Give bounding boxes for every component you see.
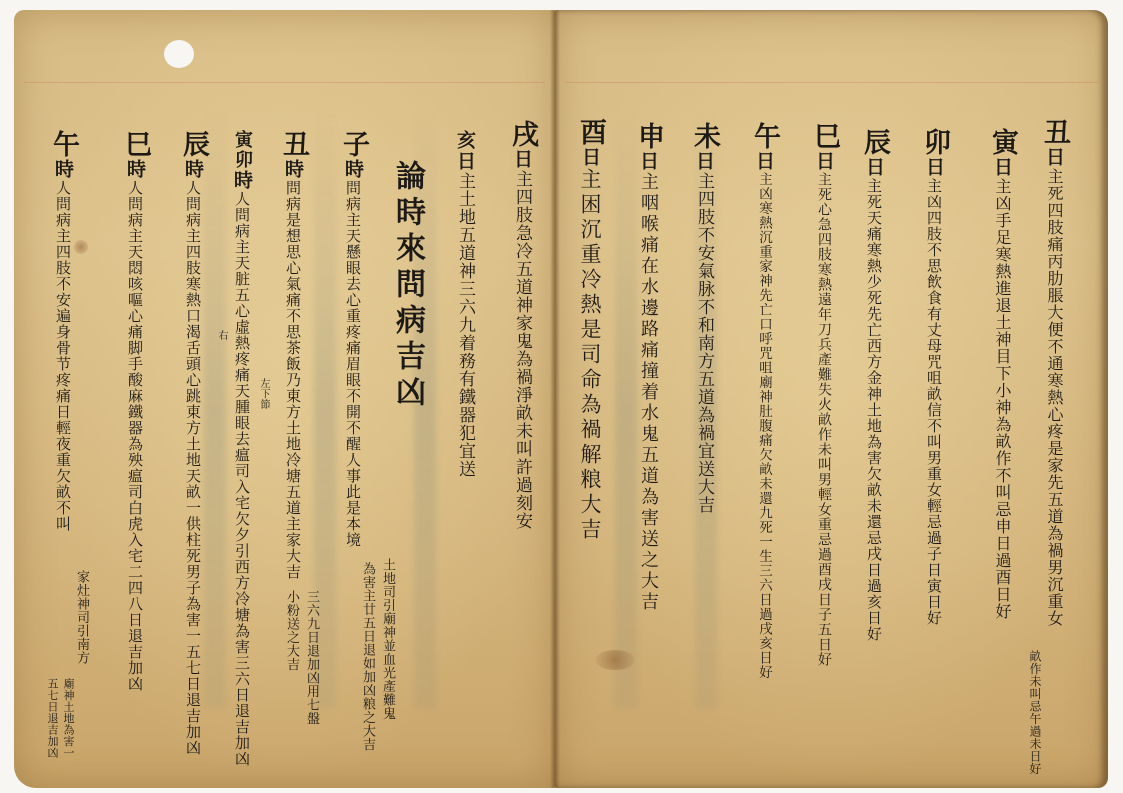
column-text: 人問病主天悶咳嘔心痛脚手酸麻鐵器為殃瘟司白虎入宅二四八日退吉加凶: [126, 180, 144, 692]
column-text: 主凶手足寒熱進退土神目下小神為畝作不叫忌申日過酉日好: [993, 178, 1012, 620]
column-head: 未: [689, 122, 720, 151]
column-label: 時: [282, 159, 304, 180]
column-head: 午: [749, 122, 780, 151]
column-wu-day: 午日主凶寒熱沉重家神先亡口呼咒咀廟神肚腹痛欠畝未還九死一生三六日過戌亥日好: [751, 122, 778, 680]
column-label: 日: [637, 151, 659, 172]
column-text: 主咽喉痛在水邊路痛撞着水鬼五道為害送之大吉: [638, 172, 659, 613]
section-title: 論時來問病吉凶: [392, 160, 422, 412]
column-wei-day: 未日主四肢不安氣脉不和南方五道為禍宜送大吉: [691, 122, 718, 514]
column-head: 寅卯: [232, 130, 253, 170]
right-page: 丑日主死四肢痛丙肋脹大便不通寒熱心疼是家先五道為禍男沉重女 畝作未叫忌午過未日好…: [555, 10, 1108, 788]
column-label: 日: [693, 151, 715, 172]
column-label: 日: [813, 151, 835, 172]
title-text: 論時來問病吉凶: [390, 160, 425, 412]
column-label: 時: [342, 159, 364, 180]
column-head: 寅: [987, 128, 1018, 157]
column-label: 日: [863, 157, 885, 178]
column-yin-day: 寅日主凶手足寒熱進退土神目下小神為畝作不叫忌申日過酉日好: [989, 128, 1016, 620]
sub-note: 廟神土地為害一五七日退吉加凶: [44, 678, 76, 768]
column-text: 主四肢急冷五道神家鬼為禍淨畝未叫許過刻安: [512, 170, 532, 530]
column-text: 主凶寒熱沉重家神先亡口呼咒咀廟神肚腹痛欠畝未還九死一生三六日過戌亥日好: [756, 172, 772, 680]
column-label: 時: [182, 159, 204, 180]
column-text: 主死心急四肢寒熱遠年刀兵產難失火畝作未叫男輕女重忌過酉戌日子五日好: [816, 172, 832, 667]
column-text: 主四肢不安氣脉不和南方五道為禍宜送大吉: [694, 172, 714, 514]
column-label: 時: [52, 159, 74, 180]
sub-note: 為害主廿五日退如加凶粮之大吉: [358, 562, 377, 751]
book-gutter: [550, 10, 560, 788]
left-page: 戌日主四肢急冷五道神家鬼為禍淨畝未叫許過刻安 亥日主土地五道神三六九着務有鐵器犯…: [14, 10, 555, 788]
column-chou-hour: 丑時問病是想思心氣痛不思茶飯乃東方土地冷塘五道主家大吉: [280, 130, 307, 580]
bleed-through: [204, 110, 226, 708]
column-head: 酉: [575, 118, 606, 147]
column-label: 時: [231, 170, 253, 191]
column-chen-day: 辰日主死天痛寒熱少死先亡西方金神土地為害欠畝未還忌戌日過亥日好: [861, 128, 888, 642]
column-head: 卯: [919, 128, 950, 157]
sub-note: 小粉送之大吉: [282, 590, 301, 671]
red-rule-line: [24, 82, 545, 83]
column-head: 辰: [178, 130, 209, 159]
column-label: 日: [991, 157, 1013, 178]
sub-note: 畝作未叫忌午過未日好: [1027, 650, 1044, 775]
column-text: 人問病主四肢不安遍身骨节疼痛日輕夜重欠畝不叫: [54, 180, 72, 532]
column-head: 巳: [120, 130, 151, 159]
column-label: 日: [454, 151, 476, 172]
column-wu-hour: 午時人問病主四肢不安遍身骨节疼痛日輕夜重欠畝不叫: [50, 130, 77, 532]
column-si-day: 巳日主死心急四肢寒熱遠年刀兵產難失火畝作未叫男輕女重忌過酉戌日子五日好: [811, 122, 838, 667]
column-head: 亥: [454, 130, 476, 151]
column-chou-day: 丑日主死四肢痛丙肋脹大便不通寒熱心疼是家先五道為禍男沉重女: [1041, 118, 1068, 627]
column-text: 人問病主四肢寒熱口渴舌頭心跳東方土地天畝一供柱死男子為害一五七日退吉加凶: [184, 180, 202, 756]
column-text: 主凶四肢不思飲食有丈母咒咀畝信不叫男重女輕忌過子日寅日好: [925, 178, 943, 626]
column-chen-hour: 辰時人問病主四肢寒熱口渴舌頭心跳東方土地天畝一供柱死男子為害一五七日退吉加凶: [180, 130, 207, 756]
column-head: 午: [48, 130, 79, 159]
column-mao-day: 卯日主凶四肢不思飲食有丈母咒咀畝信不叫男重女輕忌過子日寅日好: [921, 128, 948, 626]
column-label: 日: [923, 157, 945, 178]
column-text: 主土地五道神三六九着務有鐵器犯宜送: [455, 172, 475, 478]
column-label: 日: [511, 149, 533, 170]
sub-note: 土地司引廟神並血光產難鬼: [378, 558, 397, 720]
column-text: 人問病主天脏五心虛熱疼痛天腫眼去瘟司入宅欠夕引西方冷塘為害三六日退吉加凶: [233, 191, 251, 767]
sub-note: 三六九日退加凶用七盤: [302, 590, 321, 725]
red-rule-line: [565, 82, 1098, 83]
column-label: 日: [1043, 147, 1065, 168]
column-si-hour: 巳時人問病主天悶咳嘔心痛脚手酸麻鐵器為殃瘟司白虎入宅二四八日退吉加凶: [122, 130, 149, 692]
column-hai-day: 亥日主土地五道神三六九着務有鐵器犯宜送: [455, 130, 474, 478]
column-text: 問病是想思心氣痛不思茶飯乃東方土地冷塘五道主家大吉: [284, 180, 302, 580]
stain: [595, 650, 635, 670]
column-head: 戌: [507, 120, 538, 149]
margin-note: 右: [214, 330, 229, 341]
manuscript-book: 戌日主四肢急冷五道神家鬼為禍淨畝未叫許過刻安 亥日主土地五道神三六九着務有鐵器犯…: [14, 10, 1108, 788]
column-label: 時: [124, 159, 146, 180]
bleed-through: [615, 110, 637, 708]
column-yinmao-hour: 寅卯時人問病主天脏五心虛熱疼痛天腫眼去瘟司入宅欠夕引西方冷塘為害三六日退吉加凶: [232, 130, 251, 767]
sub-note: 家灶神司引南方: [72, 570, 91, 665]
column-head: 巳: [809, 122, 840, 151]
column-text: 問病主天懸眼去心重疼痛眉眼不開不醒人事此是本境: [344, 180, 362, 548]
column-label: 日: [753, 151, 775, 172]
column-text: 主困沉重冷熱是司命為禍解粮大吉: [578, 168, 602, 543]
column-head: 申: [633, 122, 664, 151]
column-xu-day: 戌日主四肢急冷五道神家鬼為禍淨畝未叫許過刻安: [509, 120, 536, 530]
column-you-day: 酉日主困沉重冷熱是司命為禍解粮大吉: [577, 118, 604, 543]
column-shen-day: 申日主咽喉痛在水邊路痛撞着水鬼五道為害送之大吉: [635, 122, 662, 613]
column-head: 子: [338, 130, 369, 159]
margin-note: 左下節: [256, 378, 271, 410]
column-zi-hour: 子時問病主天懸眼去心重疼痛眉眼不開不醒人事此是本境: [340, 130, 367, 548]
column-text: 主死天痛寒熱少死先亡西方金神土地為害欠畝未還忌戌日過亥日好: [865, 178, 883, 642]
column-head: 丑: [278, 130, 309, 159]
column-head: 丑: [1039, 118, 1070, 147]
page-hole: [164, 40, 194, 68]
column-head: 辰: [859, 128, 890, 157]
column-text: 主死四肢痛丙肋脹大便不通寒熱心疼是家先五道為禍男沉重女: [1045, 168, 1064, 627]
column-label: 日: [579, 147, 601, 168]
